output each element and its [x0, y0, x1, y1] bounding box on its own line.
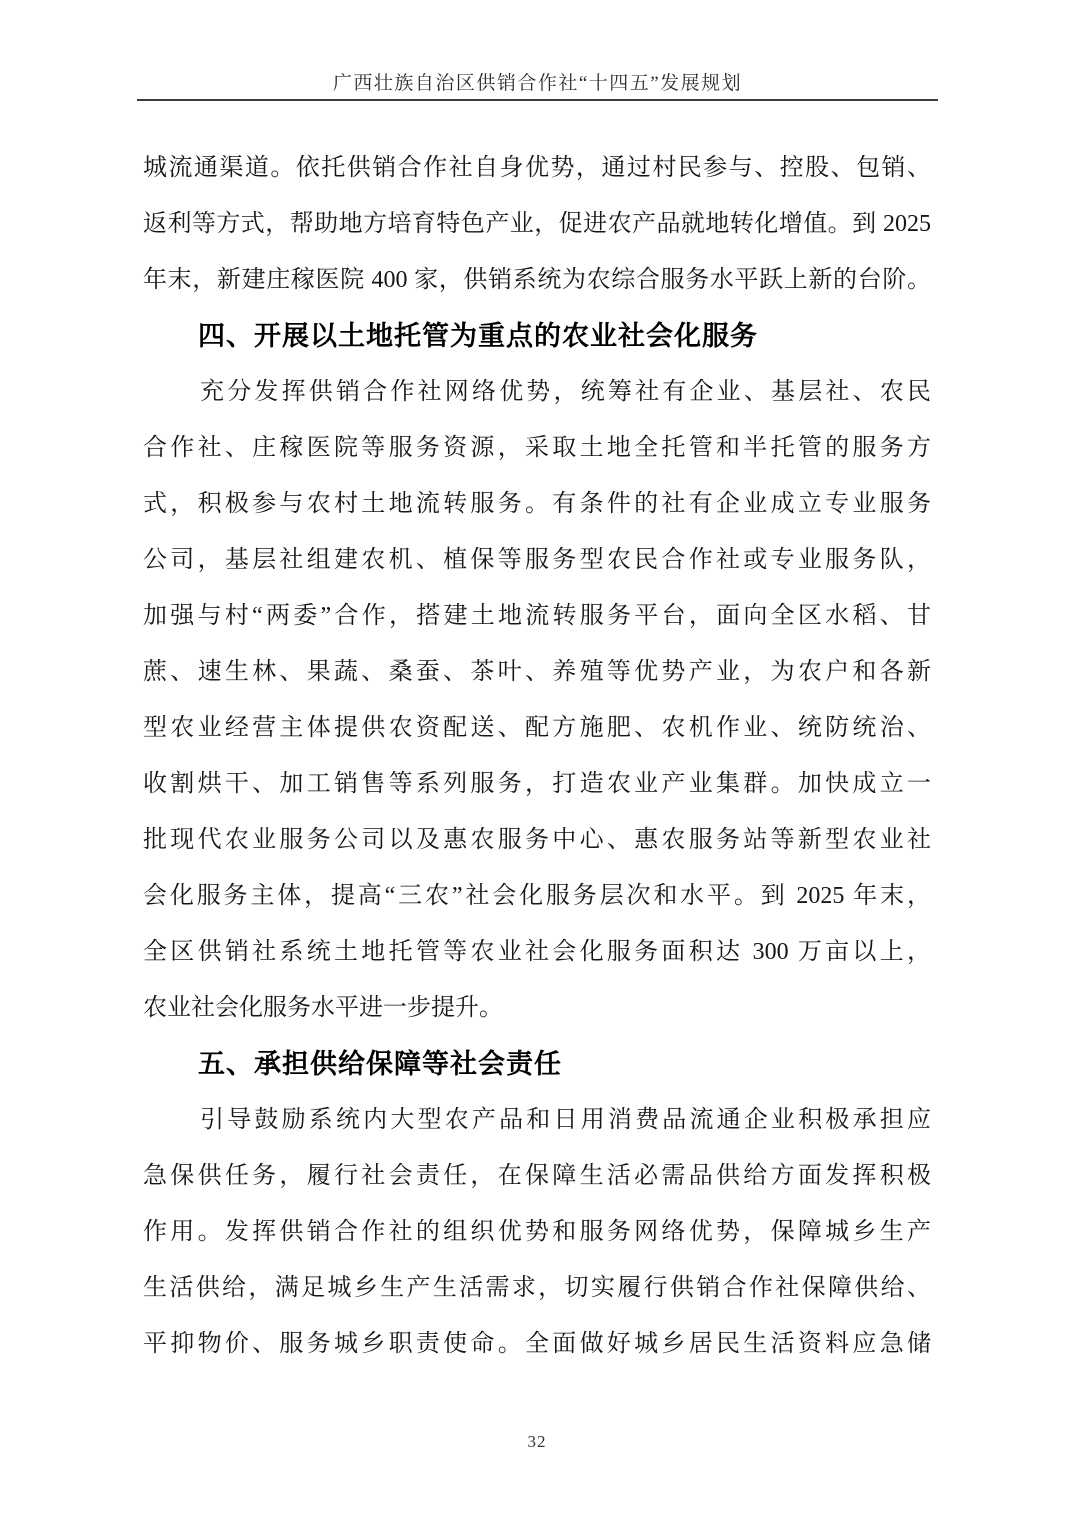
text-line: 式，积极参与农村土地流转服务。有条件的社有企业成立专业服务 [143, 476, 931, 532]
text-line: 会化服务主体，提高“三农”社会化服务层次和水平。到 2025 年末， [143, 868, 931, 924]
page-header: 广西壮族自治区供销合作社“十四五”发展规划 [137, 72, 938, 101]
text-line: 充分发挥供销合作社网络优势，统筹社有企业、基层社、农民 [143, 364, 931, 420]
text-line: 蔗、速生林、果蔬、桑蚕、茶叶、养殖等优势产业，为农户和各新 [143, 644, 931, 700]
text-line: 年末，新建庄稼医院 400 家，供销系统为农综合服务水平跃上新的台阶。 [143, 252, 931, 308]
page-footer: 32 [0, 1432, 1074, 1452]
section-heading: 五、承担供给保障等社会责任 [143, 1036, 931, 1092]
text-line: 引导鼓励系统内大型农产品和日用消费品流通企业积极承担应 [143, 1092, 931, 1148]
text-line: 农业社会化服务水平进一步提升。 [143, 980, 931, 1036]
text-line: 加强与村“两委”合作，搭建土地流转服务平台，面向全区水稻、甘 [143, 588, 931, 644]
text-line: 平抑物价、服务城乡职责使命。全面做好城乡居民生活资料应急储 [143, 1316, 931, 1372]
document-body: 城流通渠道。依托供销合作社自身优势，通过村民参与、控股、包销、返利等方式，帮助地… [143, 140, 931, 1372]
document-page: 广西壮族自治区供销合作社“十四五”发展规划 城流通渠道。依托供销合作社自身优势，… [0, 0, 1074, 1520]
text-line: 合作社、庄稼医院等服务资源，采取土地全托管和半托管的服务方 [143, 420, 931, 476]
header-title: 广西壮族自治区供销合作社“十四五”发展规划 [137, 72, 938, 95]
text-line: 型农业经营主体提供农资配送、配方施肥、农机作业、统防统治、 [143, 700, 931, 756]
text-line: 作用。发挥供销合作社的组织优势和服务网络优势，保障城乡生产 [143, 1204, 931, 1260]
text-line: 返利等方式，帮助地方培育特色产业，促进农产品就地转化增值。到 2025 [143, 196, 931, 252]
section-heading: 四、开展以土地托管为重点的农业社会化服务 [143, 308, 931, 364]
text-line: 急保供任务，履行社会责任，在保障生活必需品供给方面发挥积极 [143, 1148, 931, 1204]
text-line: 公司，基层社组建农机、植保等服务型农民合作社或专业服务队， [143, 532, 931, 588]
text-line: 全区供销社系统土地托管等农业社会化服务面积达 300 万亩以上， [143, 924, 931, 980]
text-line: 收割烘干、加工销售等系列服务，打造农业产业集群。加快成立一 [143, 756, 931, 812]
text-line: 生活供给，满足城乡生产生活需求，切实履行供销合作社保障供给、 [143, 1260, 931, 1316]
page-number: 32 [528, 1432, 547, 1451]
text-line: 城流通渠道。依托供销合作社自身优势，通过村民参与、控股、包销、 [143, 140, 931, 196]
text-line: 批现代农业服务公司以及惠农服务中心、惠农服务站等新型农业社 [143, 812, 931, 868]
